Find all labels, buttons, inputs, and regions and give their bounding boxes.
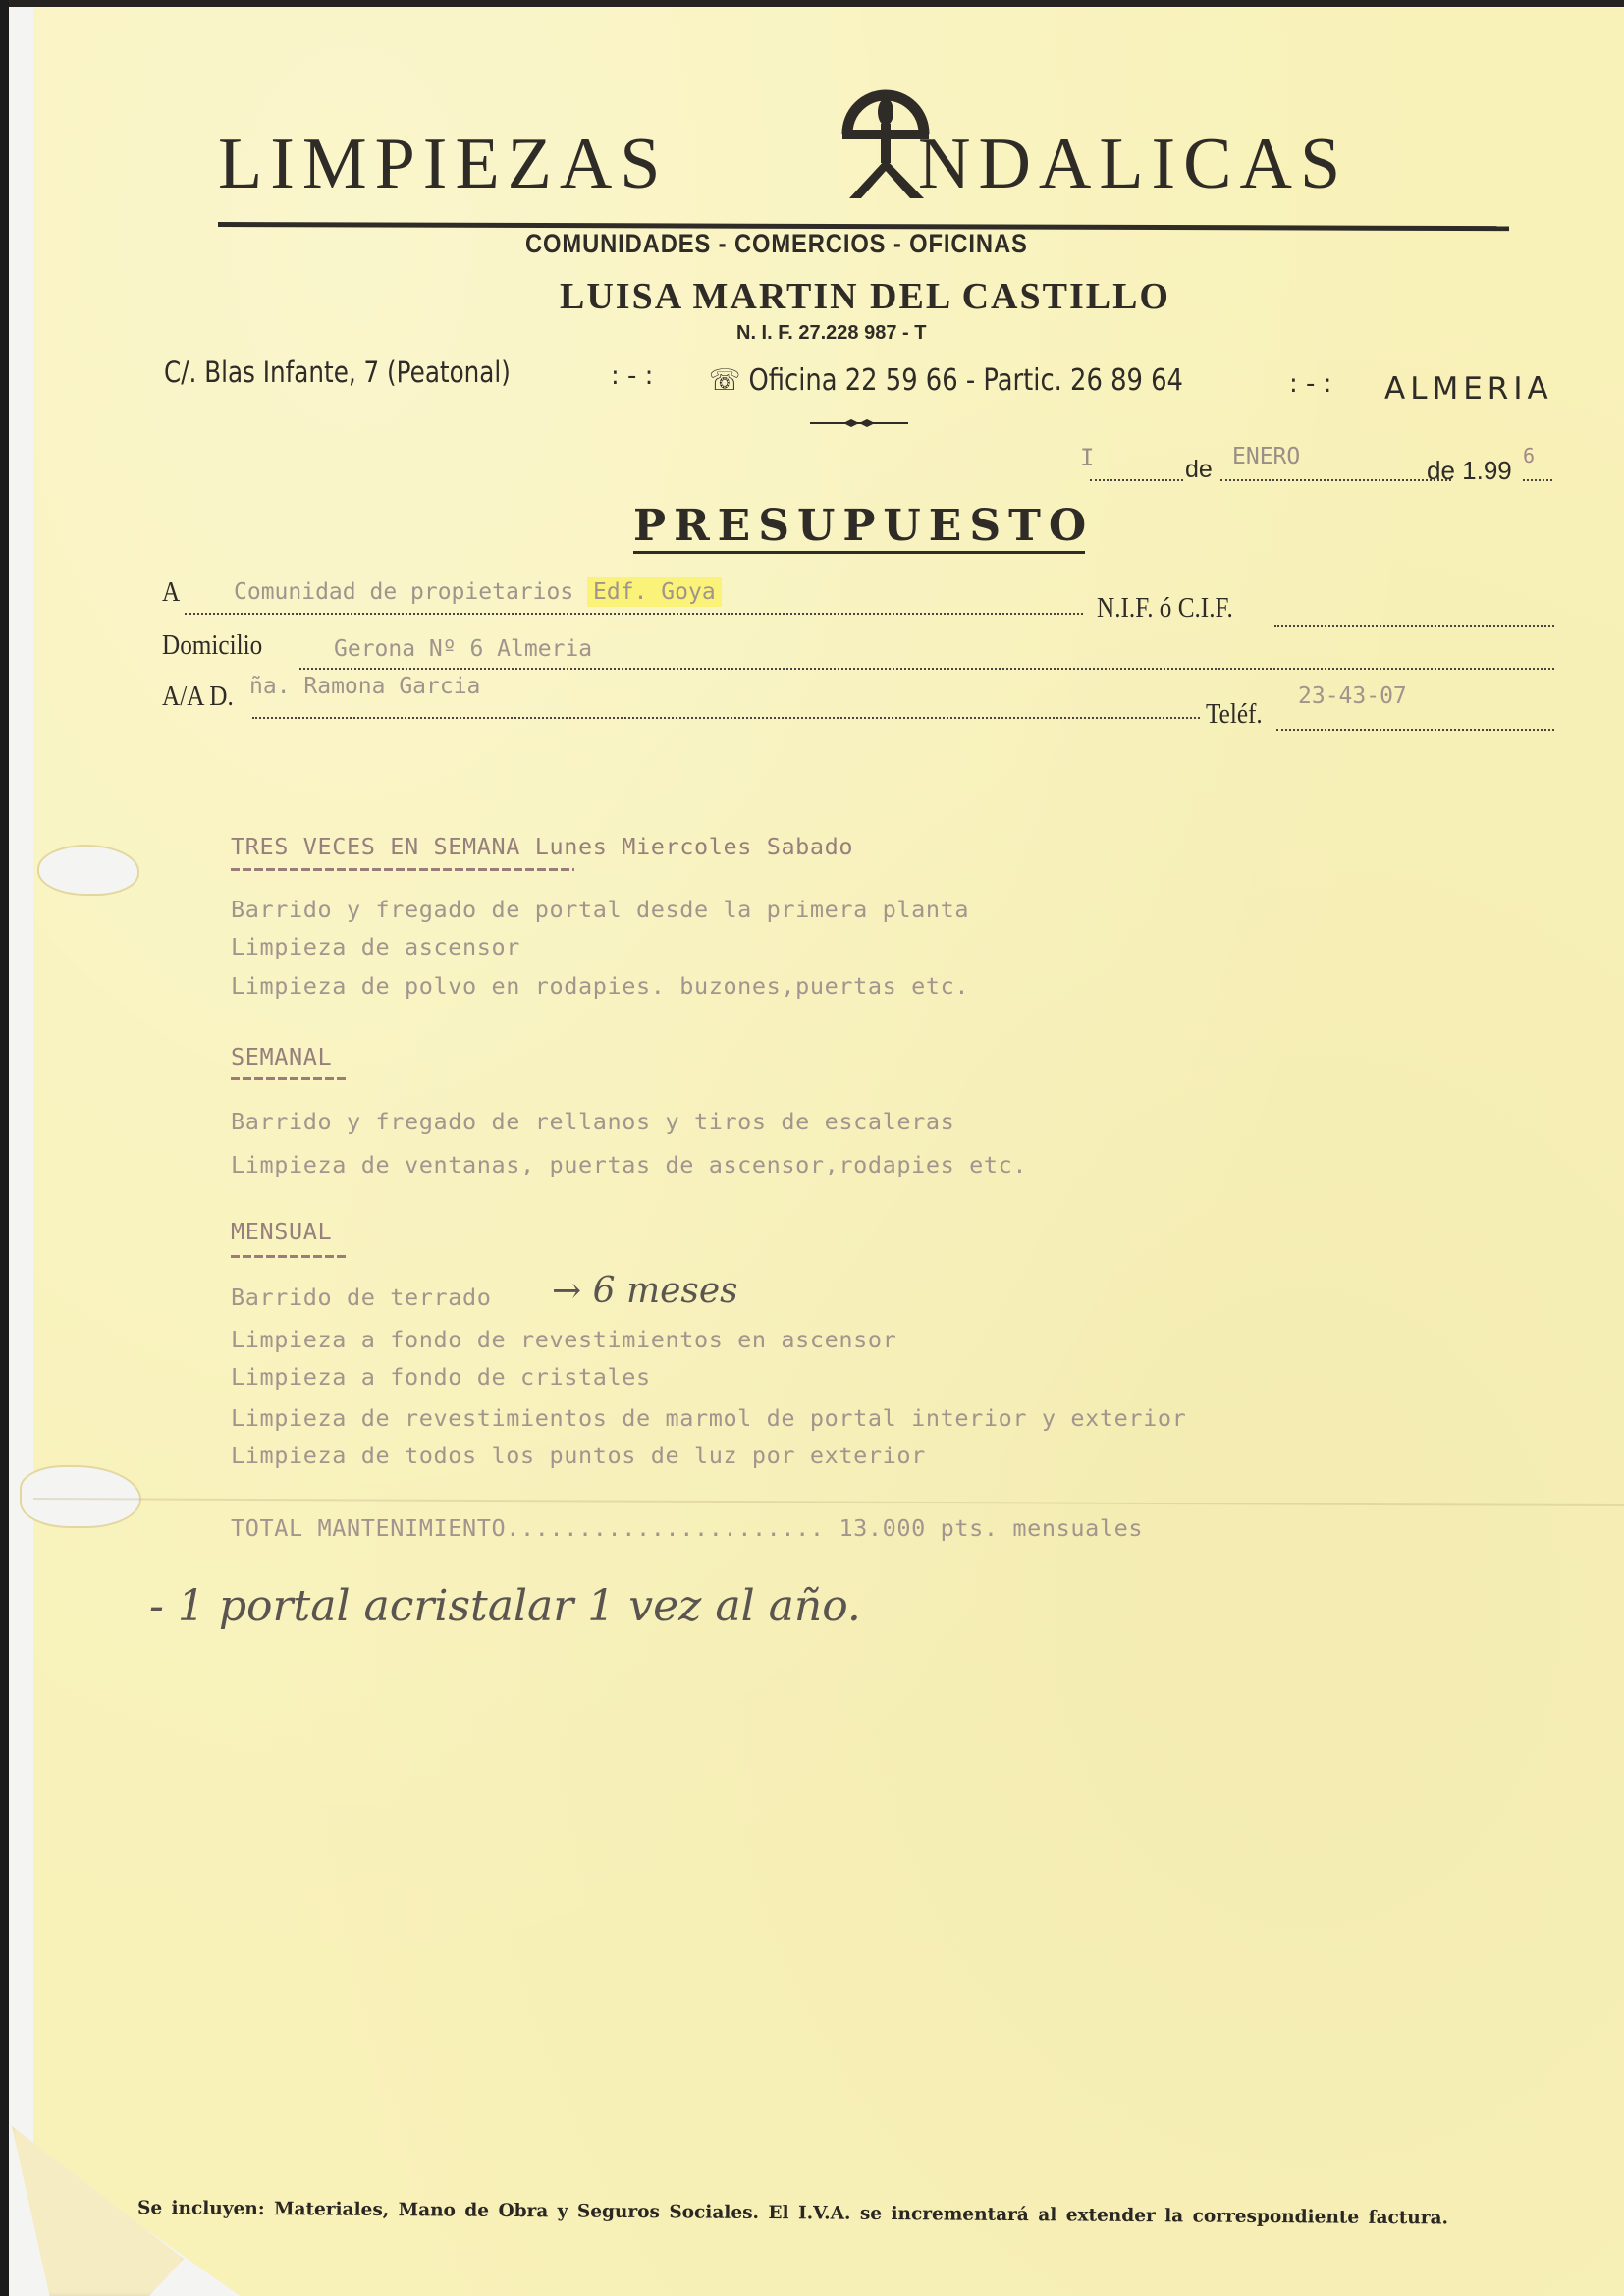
task-item: Limpieza de ascensor (231, 933, 520, 960)
recipient-value: Comunidad de propietarios Edf. Goya (234, 579, 722, 605)
total-label: TOTAL MANTENIMIENTO (231, 1514, 506, 1542)
task-item: Barrido de terrado (231, 1284, 491, 1311)
telefono-label: Teléf. (1206, 699, 1263, 731)
handwritten-note: - 1 portal acristalar 1 vez al año. (149, 1581, 861, 1631)
task-item: Limpieza a fondo de cristales (231, 1363, 651, 1391)
title-underline (633, 551, 1085, 554)
recipient-label: A (162, 577, 180, 609)
task-item: Limpieza de revestimientos de marmol de … (231, 1404, 1186, 1432)
task-item: Barrido y fregado de rellanos y tiros de… (231, 1108, 954, 1135)
handwritten-annotation: → 6 meses (552, 1271, 738, 1311)
punch-hole-top (37, 845, 139, 896)
date-de-label: de (1185, 456, 1213, 484)
owner-name: LUISA MARTIN DEL CASTILLO (560, 275, 1170, 318)
task-item: Barrido y fregado de portal desde la pri… (231, 896, 969, 923)
date-day: I (1080, 444, 1094, 471)
recipient-blank[interactable] (185, 613, 1083, 615)
company-city: ALMERIA (1384, 371, 1553, 407)
task-item: Limpieza de todos los puntos de luz por … (231, 1442, 926, 1469)
telephone-icon: ☏ (709, 363, 740, 398)
domicilio-blank[interactable] (299, 668, 1554, 670)
phone-numbers: Oficina 22 59 66 - Partic. 26 89 64 (748, 363, 1182, 398)
task-item: Limpieza de polvo en rodapies. buzones,p… (231, 972, 969, 1000)
total-amount: 13.000 pts. mensuales (839, 1514, 1143, 1542)
recipient-building-highlight: Edf. Goya (587, 577, 722, 607)
section-heading-days: Lunes Miercoles Sabado (535, 833, 853, 860)
section-heading-monthly: MENSUAL (231, 1218, 332, 1245)
scan-border-top (0, 0, 1624, 7)
company-nif: N. I. F. 27.228 987 - T (736, 322, 926, 345)
task-item: Limpieza a fondo de revestimientos en as… (231, 1326, 896, 1353)
year-blank (1523, 479, 1552, 481)
scan-border-left (0, 0, 9, 2296)
nif-cif-label: N.I.F. ó C.I.F. (1097, 593, 1233, 625)
section-heading-underline (231, 868, 574, 871)
total-leader: ...................... (506, 1514, 824, 1542)
section-heading-underline (231, 1255, 347, 1258)
date-year-label: de 1.99 (1427, 456, 1512, 486)
brand-name-right: NDALICAS (918, 128, 1348, 200)
task-item: Limpieza de ventanas, puertas de ascenso… (231, 1151, 1027, 1178)
company-address: C/. Blas Infante, 7 (Peatonal) (164, 355, 511, 389)
separator: : - : (1289, 369, 1331, 399)
domicilio-label: Domicilio (162, 630, 262, 662)
recipient-name: Comunidad de propietarios (234, 579, 573, 605)
attention-label: A/A D. (162, 682, 234, 713)
date-line: I de ENERO de 1.99 6 (1075, 444, 1556, 488)
company-phones: ☏ Oficina 22 59 66 - Partic. 26 89 64 (709, 363, 1183, 398)
section-heading-weekly: SEMANAL (231, 1043, 332, 1070)
date-month: ENERO (1232, 444, 1300, 469)
attention-value: ña. Ramona Garcia (249, 674, 480, 699)
brand-name-left: LIMPIEZAS (218, 128, 668, 200)
ornament-divider-icon (810, 418, 908, 428)
services-tagline: COMUNIDADES - COMERCIOS - OFICINAS (525, 229, 1028, 259)
section-heading-underline (231, 1077, 349, 1080)
section-heading-three-times-week: TRES VECES EN SEMANA Lunes Miercoles Sab… (231, 833, 853, 860)
nif-cif-blank[interactable] (1274, 625, 1554, 627)
domicilio-value: Gerona Nº 6 Almeria (334, 636, 592, 662)
date-year-suffix: 6 (1523, 444, 1535, 467)
section-heading-text: TRES VECES EN SEMANA (231, 833, 520, 860)
telefono-value: 23-43-07 (1298, 683, 1407, 709)
day-blank (1090, 479, 1183, 481)
month-blank (1220, 479, 1451, 481)
telefono-blank[interactable] (1276, 729, 1554, 731)
separator: : - : (611, 361, 653, 391)
document-title: PRESUPUESTO (633, 501, 1094, 551)
total-line: TOTAL MANTENIMIENTO.....................… (231, 1514, 1143, 1542)
attention-blank[interactable] (252, 717, 1200, 719)
